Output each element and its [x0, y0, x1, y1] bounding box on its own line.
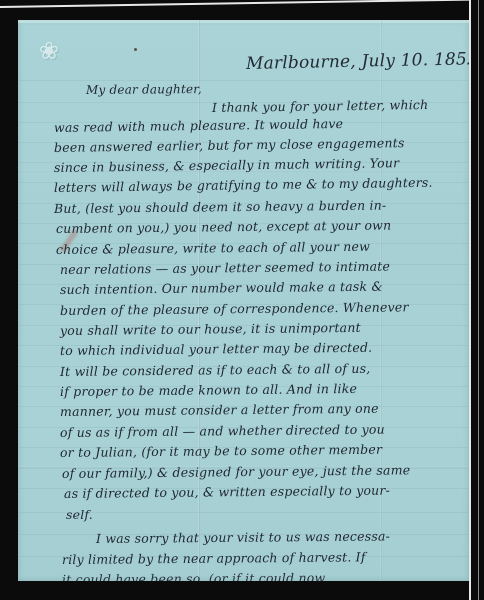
- letter-line: it could have been so, (or if it could n…: [62, 570, 325, 581]
- letter-line: I thank you for your letter, which: [212, 97, 429, 116]
- letter-line: of us as if from all — and whether direc…: [60, 422, 385, 441]
- place-and-date: Marlbourne, July 10. 1852: [246, 51, 469, 72]
- letter-line: choice & pleasure, write to each of all …: [56, 239, 370, 258]
- letter-line: manner, you must consider a letter from …: [60, 401, 379, 420]
- letter-line: self.: [66, 507, 93, 523]
- letter-line: I was sorry that your visit to us was ne…: [96, 528, 390, 547]
- letter-line: of our family,) & designed for your eye,…: [62, 462, 410, 482]
- salutation: My dear daughter,: [86, 81, 202, 98]
- letter-line: been answered earlier, but for my close …: [54, 135, 405, 156]
- letter-line: near relations — as your letter seemed t…: [60, 259, 390, 278]
- letter-line: such intention. Our number would make a …: [60, 279, 383, 298]
- letter-page: ❀ Marlbourne, July 10. 1852 My dear daug…: [18, 20, 469, 581]
- letter-line: cumbent on you,) you need not, except at…: [56, 217, 391, 237]
- ink-speck: [134, 48, 137, 51]
- letter-line: rily limited by the near approach of har…: [62, 549, 366, 568]
- letter-line: if proper to be made known to all. And i…: [60, 381, 357, 400]
- letter-line: as if directed to you, & written especia…: [64, 483, 390, 502]
- scan-frame-right-edge: [469, 0, 471, 600]
- letter-line: was read with much pleasure. It would ha…: [54, 116, 343, 136]
- letter-line: since in business, & especially in much …: [54, 155, 400, 176]
- letter-line: or to Julian, (for it may be to some oth…: [60, 442, 382, 461]
- letter-line: burden of the pleasure of correspondence…: [60, 299, 409, 319]
- letter-line: It will be considered as if to each & to…: [60, 361, 371, 380]
- scan-frame-right-edge-outer: [478, 0, 479, 600]
- letter-line: letters will always be gratifying to me …: [54, 175, 433, 196]
- letter-line: But, (lest you should deem it so heavy a…: [54, 198, 387, 217]
- embossed-stationery-stamp-icon: ❀: [34, 36, 64, 66]
- scan-frame-top-edge: [0, 0, 470, 8]
- ruled-line: [18, 80, 469, 81]
- paper-top-edge: [18, 20, 469, 23]
- letter-line: to which individual your letter may be d…: [60, 340, 372, 359]
- letter-line: you shall write to our house, it is unim…: [60, 320, 361, 339]
